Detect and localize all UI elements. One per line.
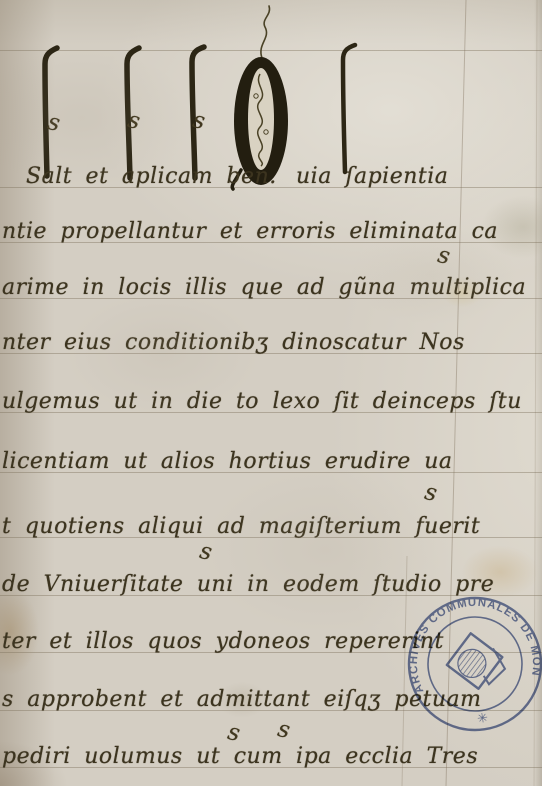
stamp-text: ARCHIVES COMMUNALES DE MONTPELLIER [386, 575, 542, 698]
flourish-s: s [435, 242, 452, 270]
ascender-stroke [343, 45, 355, 172]
flourish-s: s [275, 716, 292, 744]
archive-stamp: ARCHIVES COMMUNALES DE MONTPELLIER ✳ [386, 575, 542, 753]
text-line: ntie propellantur et erroris eliminata c… [2, 218, 498, 246]
text-line: Salt et aplicam ben. [26, 163, 277, 191]
flourish-s: s [197, 538, 214, 566]
text-line: ulgemus ut in die to lexo ſit deinceps ſ… [2, 388, 522, 416]
flourish-s: s [190, 107, 207, 135]
text-line: t quotiens aliqui ad magiſterium fuerit [2, 513, 480, 541]
stamp-star: ✳ [476, 711, 489, 727]
ruled-line [0, 50, 542, 51]
text-line: licentiam ut alios hortius erudire ua [2, 448, 453, 476]
pen-flourish [261, 6, 270, 58]
text-line: ter et illos quos ydoneos repererint [2, 628, 444, 656]
text-line: uia ſapientia [296, 163, 448, 191]
flourish-s: s [45, 109, 62, 137]
text-line: nter eius conditionibʒ dinoscatur Nos [2, 329, 465, 357]
flourish-s: s [422, 479, 439, 507]
flourish-s: s [125, 107, 142, 135]
text-line: arime in locis illis que ad gũna multipl… [2, 274, 526, 302]
svg-text:ARCHIVES COMMUNALES DE MONTPEL: ARCHIVES COMMUNALES DE MONTPELLIER [386, 575, 542, 698]
manuscript-page: Salt et aplicam ben. uia ſapientia ntie … [0, 0, 542, 786]
